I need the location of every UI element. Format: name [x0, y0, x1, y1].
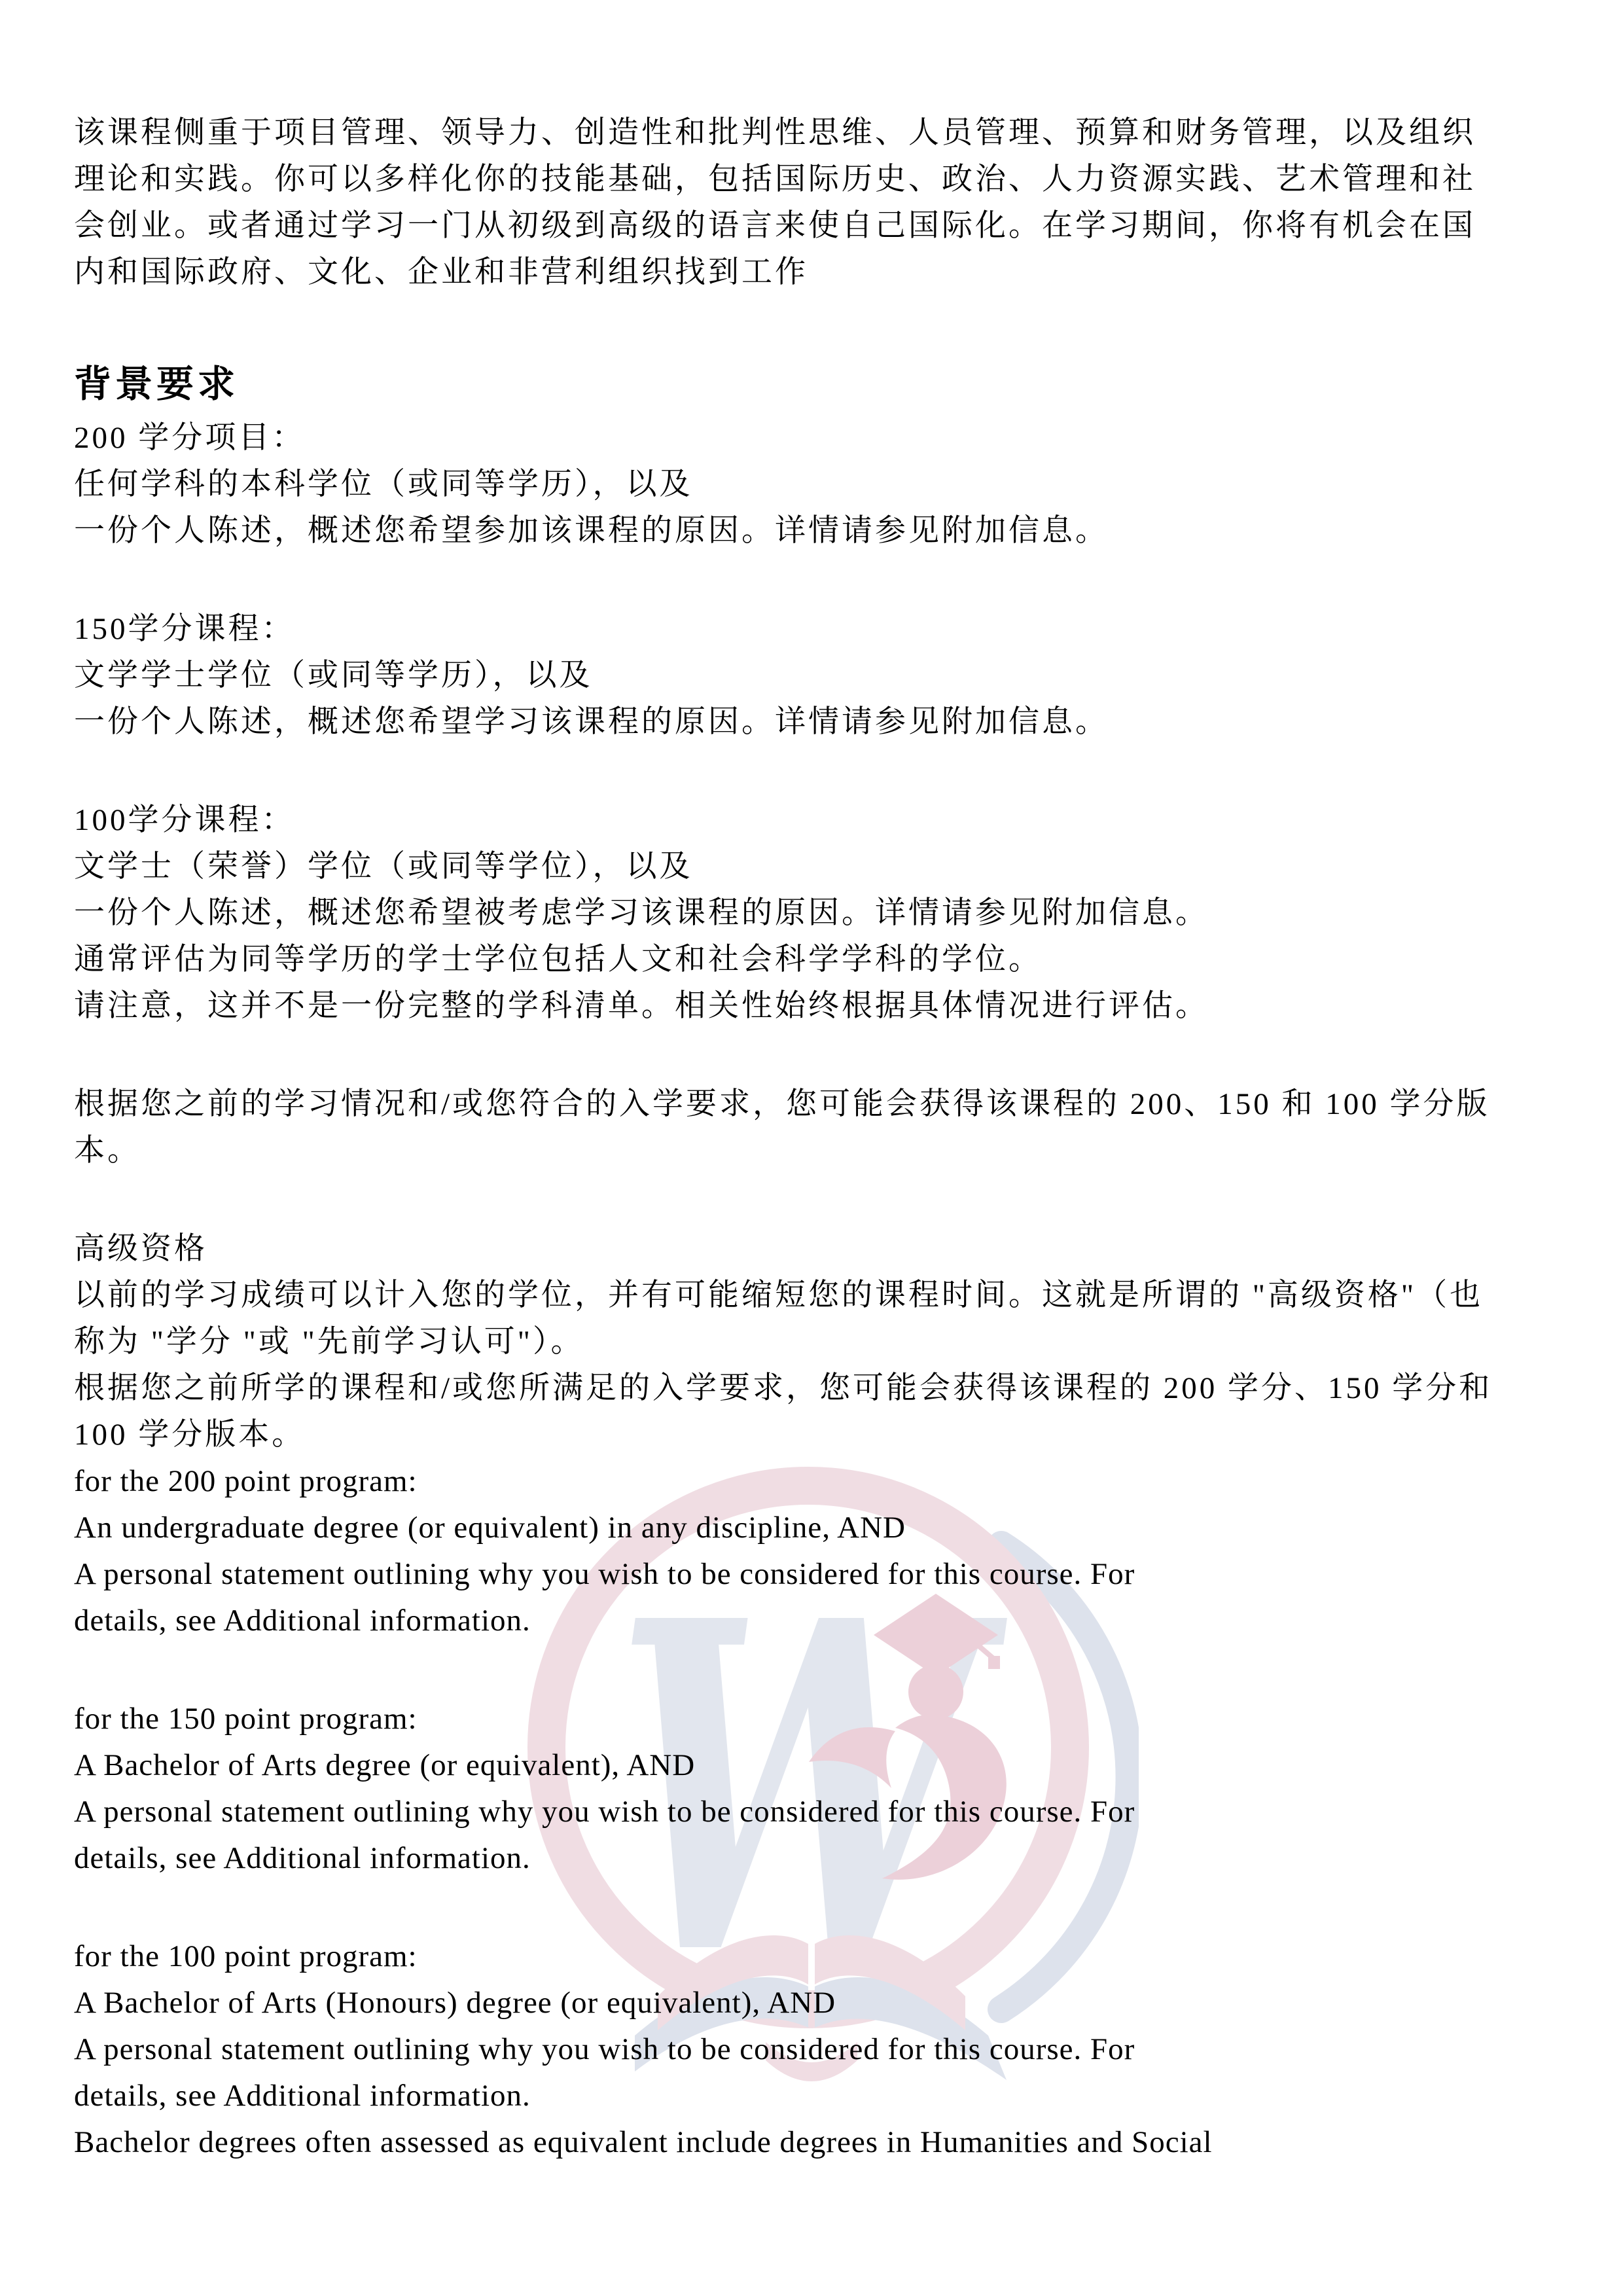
text-line: details, see Additional information. — [74, 1835, 1577, 1882]
text-line: A personal statement outlining why you w… — [74, 1551, 1577, 1598]
paragraph-spacer — [74, 745, 1577, 797]
text-line: 以前的学习成绩可以计入您的学位，并有可能缩短您的课程时间。这就是所谓的 "高级资… — [74, 1272, 1577, 1319]
text-line: 文学学士学位（或同等学历），以及 — [74, 653, 1577, 699]
text-line: 理论和实践。你可以多样化你的技能基础，包括国际历史、政治、人力资源实践、艺术管理… — [74, 156, 1577, 203]
text-line: 根据您之前的学习情况和/或您符合的入学要求，您可能会获得该课程的 200、150… — [74, 1081, 1577, 1128]
text-line: Bachelor degrees often assessed as equiv… — [74, 2119, 1577, 2166]
text-line: 100 学分版本。 — [74, 1412, 1577, 1458]
text-line: 请注意，这并不是一份完整的学科清单。相关性始终根据具体情况进行评估。 — [74, 983, 1577, 1030]
text-line: 会创业。或者通过学习一门从初级到高级的语言来使自己国际化。在学习期间，你将有机会… — [74, 203, 1577, 249]
text-line: 本。 — [74, 1128, 1577, 1174]
text-line: 通常评估为同等学历的学士学位包括人文和社会科学学科的学位。 — [74, 937, 1577, 983]
text-line: 内和国际政府、文化、企业和非营利组织找到工作 — [74, 249, 1577, 296]
text-line: 200 学分项目： — [74, 415, 1577, 461]
text-line: A personal statement outlining why you w… — [74, 2026, 1577, 2073]
text-line: details, see Additional information. — [74, 2073, 1577, 2119]
paragraph-spacer — [74, 1882, 1577, 1933]
paragraph-spacer — [74, 554, 1577, 606]
text-line: A personal statement outlining why you w… — [74, 1789, 1577, 1835]
text-line: 高级资格 — [74, 1226, 1577, 1272]
text-line: 根据您之前所学的课程和/或您所满足的入学要求，您可能会获得该课程的 200 学分… — [74, 1365, 1577, 1412]
text-line: 一份个人陈述，概述您希望被考虑学习该课程的原因。详情请参见附加信息。 — [74, 890, 1577, 937]
text-line: 一份个人陈述，概述您希望学习该课程的原因。详情请参见附加信息。 — [74, 699, 1577, 745]
text-line: 100学分课程： — [74, 797, 1577, 844]
text-line: A Bachelor of Arts degree (or equivalent… — [74, 1742, 1577, 1789]
paragraph-spacer — [74, 1644, 1577, 1696]
text-line: details, see Additional information. — [74, 1598, 1577, 1644]
text-line: 文学士（荣誉）学位（或同等学位），以及 — [74, 844, 1577, 890]
paragraph-spacer — [74, 1174, 1577, 1226]
text-line: for the 200 point program: — [74, 1458, 1577, 1505]
text-line: 称为 "学分 "或 "先前学习认可"）。 — [74, 1319, 1577, 1365]
text-line: for the 150 point program: — [74, 1696, 1577, 1742]
text-line: 该课程侧重于项目管理、领导力、创造性和批判性思维、人员管理、预算和财务管理，以及… — [74, 110, 1577, 156]
text-line: for the 100 point program: — [74, 1933, 1577, 1980]
paragraph-spacer — [74, 1030, 1577, 1081]
document-page: W 该课程侧重于项目管理、领导力、创造性和批判性思维、人员管理、预算和财务管理，… — [0, 0, 1623, 2296]
text-line: 一份个人陈述，概述您希望参加该课程的原因。详情请参见附加信息。 — [74, 508, 1577, 554]
text-line: 150学分课程： — [74, 606, 1577, 653]
text-line: 任何学科的本科学位（或同等学历），以及 — [74, 461, 1577, 508]
section-heading: 背景要求 — [74, 355, 1577, 415]
text-line: An undergraduate degree (or equivalent) … — [74, 1505, 1577, 1551]
text-line: A Bachelor of Arts (Honours) degree (or … — [74, 1980, 1577, 2026]
document-lines: 该课程侧重于项目管理、领导力、创造性和批判性思维、人员管理、预算和财务管理，以及… — [0, 0, 1623, 2166]
